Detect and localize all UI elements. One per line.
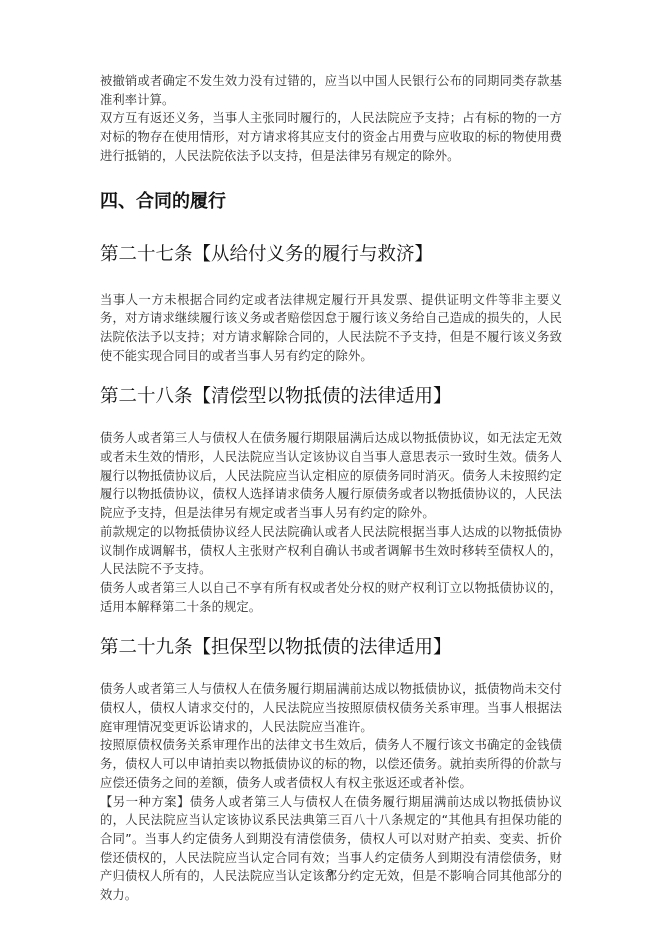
article-27-title: 第二十七条【从给付义务的履行与救济】: [100, 243, 562, 267]
article-29-paragraph-3: 【另一种方案】债务人或者第三人与债权人在债务履行期届满前达成以物抵债协议的，人民…: [100, 793, 562, 905]
article-29-paragraph-2: 按照原债权债务关系审理作出的法律文书生效后，债务人不履行该文书确定的金钱债务，债…: [100, 736, 562, 792]
intro-paragraph-2: 双方互有返还义务，当事人主张同时履行的，人民法院应予支持；占有标的物的一方对标的…: [100, 109, 562, 165]
document-page: 被撤销或者确定不发生效力没有过错的，应当以中国人民银行公布的同期同类存款基准利率…: [100, 72, 562, 905]
article-28-paragraph-3: 债务人或者第三人以自己不享有所有权或者处分权的财产权利订立以物抵债协议的，适用本…: [100, 579, 562, 616]
article-28-title: 第二十八条【清偿型以物抵债的法律适用】: [100, 385, 562, 409]
section-title: 四、合同的履行: [100, 190, 562, 214]
article-29-paragraph-1: 债务人或者第三人与债权人在债务履行期届满前达成以物抵债协议，抵债物尚未交付债权人…: [100, 680, 562, 736]
article-27-paragraph-1: 当事人一方未根据合同约定或者法律规定履行开具发票、提供证明文件等非主要义务，对方…: [100, 291, 562, 366]
intro-paragraph-1: 被撤销或者确定不发生效力没有过错的，应当以中国人民银行公布的同期同类存款基准利率…: [100, 72, 562, 109]
article-28-paragraph-1: 债务人或者第三人与债权人在债务履行期限届满后达成以物抵债协议，如无法定无效或者未…: [100, 429, 562, 523]
article-29-title: 第二十九条【担保型以物抵债的法律适用】: [100, 636, 562, 660]
page-number: 9: [0, 868, 660, 879]
article-28-paragraph-2: 前款规定的以物抵债协议经人民法院确认或者人民法院根据当事人达成的以物抵债协议制作…: [100, 523, 562, 579]
